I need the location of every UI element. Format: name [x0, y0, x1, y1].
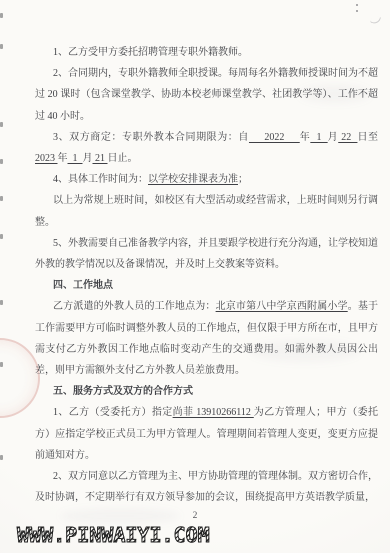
underlined-text: 尚菲 13910266112	[173, 407, 254, 418]
underlined-text: 北京市第八中学京西附属小学	[216, 301, 348, 312]
contract-paragraph: 1、乙方（受委托方）指定尚菲 13910266112 为乙方管理人；甲方（委托方…	[35, 402, 378, 466]
text-run: 月	[328, 132, 339, 143]
scan-speck	[370, 15, 381, 25]
red-seal-partial	[0, 338, 40, 418]
scan-edge-artifact	[0, 300, 3, 305]
text-run: 以上为常规上班时间，如校区有大型活动或经营需求，上班时间则另行调整。	[35, 195, 378, 227]
underlined-text: 1	[68, 153, 83, 164]
contract-paragraph: 1、乙方受甲方委托招聘管理专职外籍教师。	[35, 42, 378, 63]
page-number: 2	[0, 511, 390, 521]
scan-speck	[356, 4, 358, 6]
text-run: 1、乙方受甲方委托招聘管理专职外籍教师。	[53, 47, 248, 58]
watermark-text: WWW.PINWAIYI.COM	[17, 523, 210, 547]
scan-edge-artifact	[0, 122, 3, 127]
text-run: 4、具体工作时间为：	[53, 174, 148, 185]
contract-paragraph: 2、合同期内，专职外籍教师全职授课。每周每名外籍教师授课时间为不超过 20 课时…	[35, 63, 378, 127]
underlined-text: 22	[338, 132, 357, 143]
text-run: 年	[58, 153, 68, 164]
text-run: 四、工作地点	[53, 280, 113, 291]
contract-paragraph: 2、双方同意以乙方管理为主、甲方协助管理的管理体制。双方密切合作，及时协调，不定…	[35, 466, 378, 508]
scan-edge-artifact	[0, 13, 3, 18]
section-heading: 四、工作地点	[35, 275, 378, 296]
text-run: 乙方派遣的外教人员的工作地点为：	[53, 301, 216, 312]
text-run: 。基于工作需要甲方可临时调整外教人员的工作地点，但仅限于甲方所在市，且甲方需支付…	[35, 301, 378, 376]
contract-paragraph: 4、具体工作时间为：以学校安排课表为准；	[35, 169, 378, 190]
text-run: ；	[238, 174, 248, 185]
text-run: 日至	[357, 132, 378, 143]
text-run: 3、双方商定：专职外教本合同期限为：自	[53, 132, 249, 143]
underlined-text: 以学校安排课表为准	[148, 174, 238, 185]
contract-body: 1、乙方受甲方委托招聘管理专职外籍教师。2、合同期内，专职外籍教师全职授课。每周…	[35, 42, 378, 508]
text-run: 五、服务方式及双方的合作方式	[53, 386, 193, 397]
scan-edge-artifact	[0, 44, 3, 49]
text-run: 1、乙方（受委托方）指定	[53, 407, 173, 418]
text-run: 2、合同期内，专职外籍教师全职授课。每周每名外籍教师授课时间为不超过 20 课时…	[35, 68, 378, 121]
section-heading: 五、服务方式及双方的合作方式	[35, 381, 378, 402]
scan-edge-artifact	[0, 234, 3, 239]
text-run: 2、双方同意以乙方管理为主、甲方协助管理的管理体制。双方密切合作，及时协调，不定…	[35, 471, 378, 503]
text-run: 月	[83, 153, 93, 164]
scan-edge-artifact	[0, 159, 3, 164]
text-run: 年	[300, 132, 311, 143]
underlined-text: 2023	[35, 153, 58, 164]
contract-paragraph: 3、双方商定：专职外教本合同期限为：自 2022 年 1 月 22 日至2023…	[35, 127, 378, 169]
contract-paragraph: 乙方派遣的外教人员的工作地点为：北京市第八中学京西附属小学。基于工作需要甲方可临…	[35, 296, 378, 381]
scan-edge-artifact	[0, 196, 3, 201]
scanned-contract-page: 1、乙方受甲方委托招聘管理专职外籍教师。2、合同期内，专职外籍教师全职授课。每周…	[0, 0, 390, 553]
contract-paragraph: 以上为常规上班时间，如校区有大型活动或经营需求，上班时间则另行调整。	[35, 190, 378, 232]
text-run: 5、外教需要自己准备教学内容，并且要跟学校进行充分沟通，让学校知道外教的教学情况…	[35, 238, 378, 270]
underlined-text: 21	[93, 153, 108, 164]
underlined-text: 2022	[249, 132, 300, 143]
scan-speck	[356, 10, 358, 12]
underlined-text: 1	[310, 132, 327, 143]
scan-edge-artifact	[0, 455, 3, 460]
text-run: 日止。	[108, 153, 138, 164]
contract-paragraph: 5、外教需要自己准备教学内容，并且要跟学校进行充分沟通，让学校知道外教的教学情况…	[35, 233, 378, 275]
